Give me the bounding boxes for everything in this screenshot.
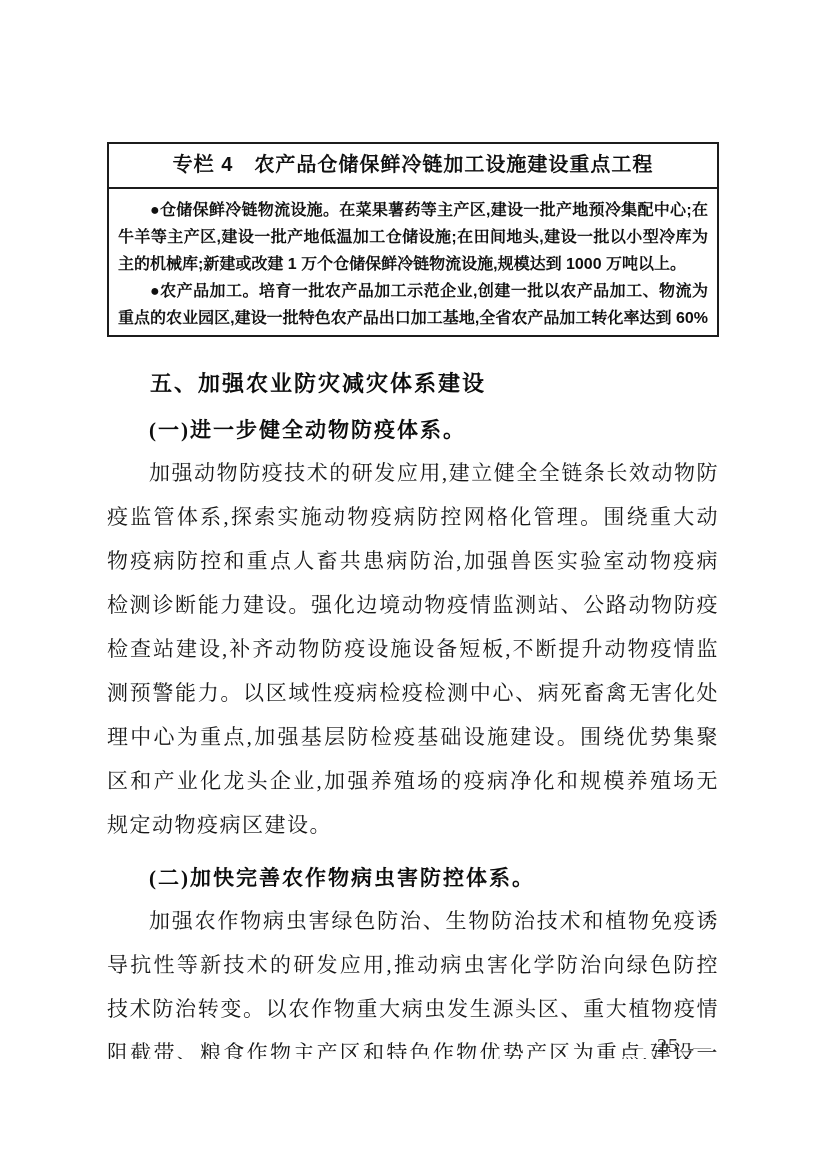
footer-dash-left: — [625,1037,643,1057]
page-footer: — 25 — [625,1035,711,1058]
callout-box: 专栏 4 农产品仓储保鲜冷链加工设施建设重点工程 ●仓储保鲜冷链物流设施。在菜果… [107,142,719,337]
section-heading: 五、加强农业防灾减灾体系建设 [150,369,719,399]
footer-dash-right: — [693,1037,711,1057]
callout-item: ●农产品加工。培育一批农产品加工示范企业,创建一批以农产品加工、物流为重点的农业… [118,278,708,335]
callout-box-title: 专栏 4 农产品仓储保鲜冷链加工设施建设重点工程 [109,144,717,189]
document-page: 专栏 4 农产品仓储保鲜冷链加工设施建设重点工程 ●仓储保鲜冷链物流设施。在菜果… [0,0,826,1169]
main-content: 五、加强农业防灾减灾体系建设 (一)进一步健全动物防疫体系。 加强动物防疫技术的… [107,369,719,1059]
subsection-title: (二)加快完善农作物病虫害防控体系。 [107,862,719,895]
page-number: 25 [657,1035,679,1058]
callout-item: ●仓储保鲜冷链物流设施。在菜果薯药等主产区,建设一批产地预冷集配中心;在牛羊等主… [118,197,708,278]
body-paragraph: 加强动物防疫技术的研发应用,建立健全全链条长效动物防疫监管体系,探索实施动物疫病… [107,451,719,847]
subsection-title: (一)进一步健全动物防疫体系。 [107,414,719,447]
callout-box-body: ●仓储保鲜冷链物流设施。在菜果薯药等主产区,建设一批产地预冷集配中心;在牛羊等主… [109,189,717,335]
